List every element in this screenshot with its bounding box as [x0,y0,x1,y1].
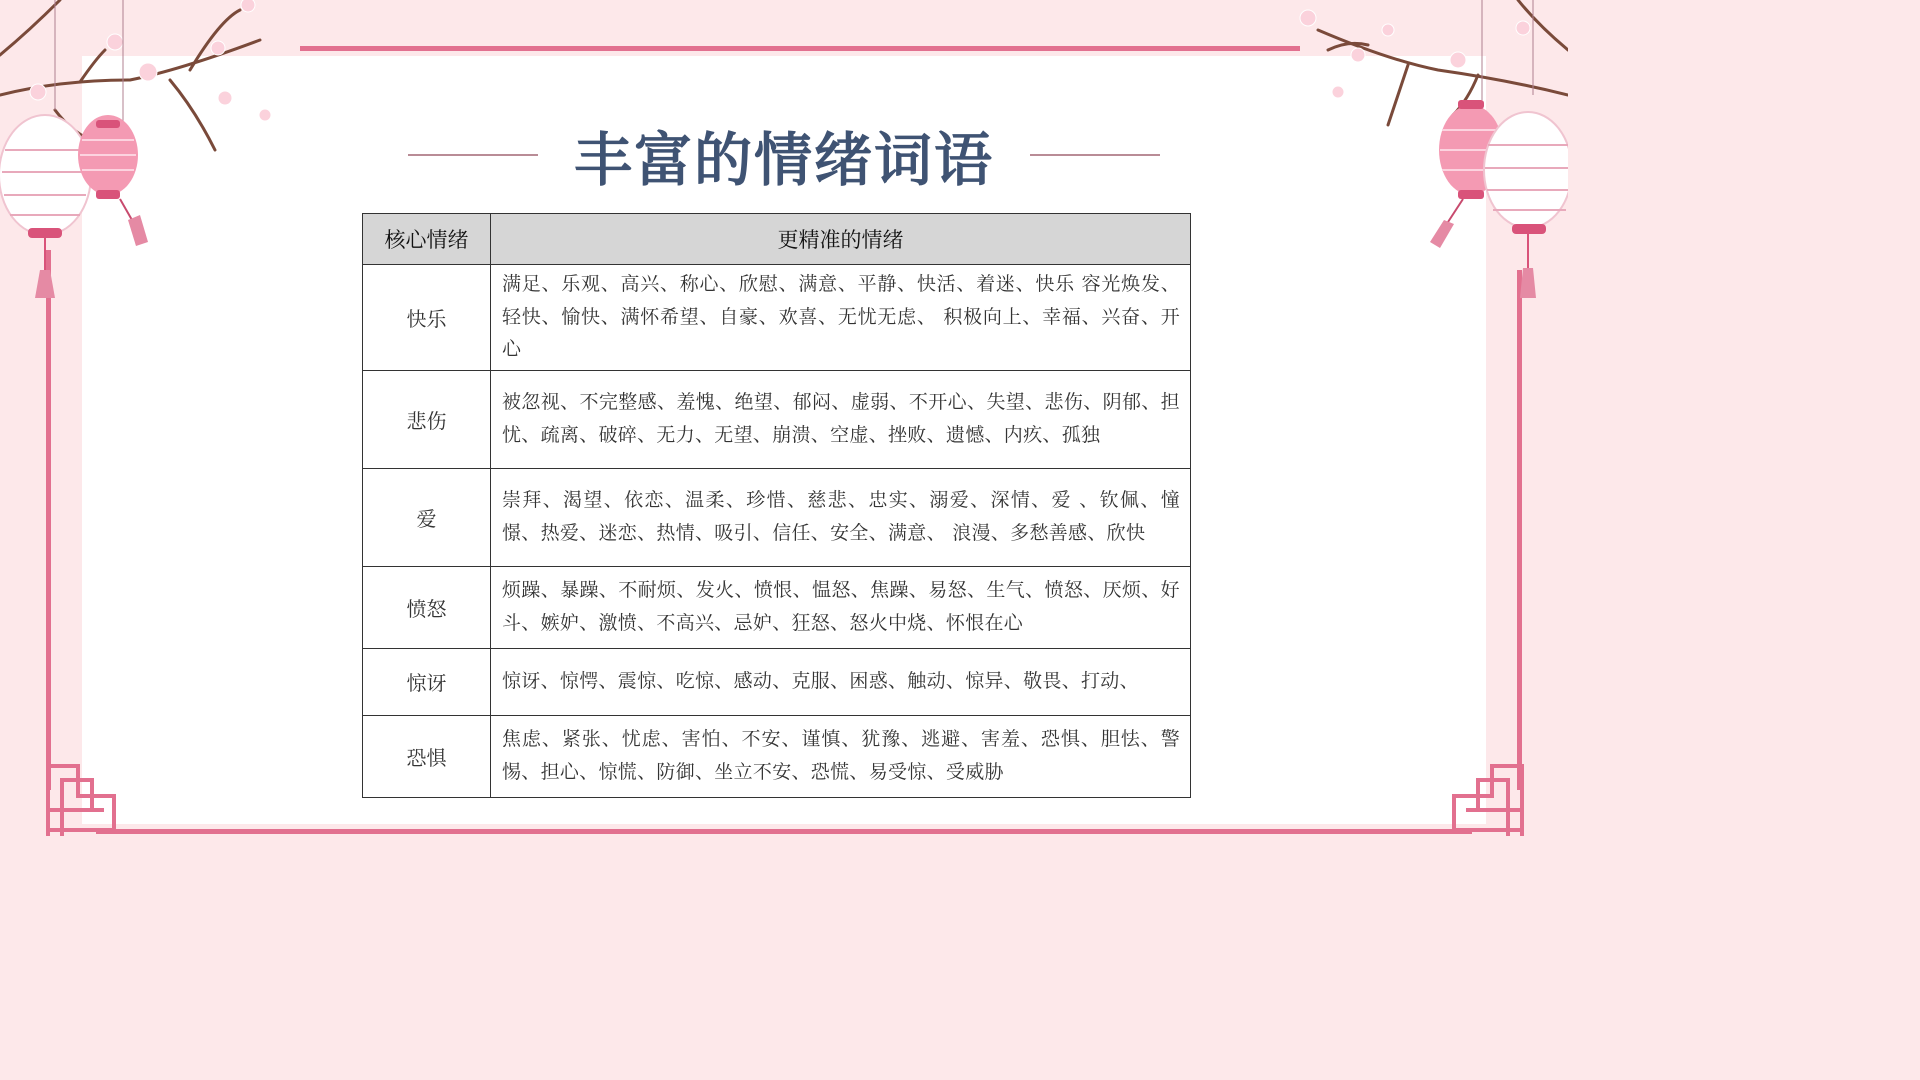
chinese-knot-icon [1448,760,1528,840]
chinese-knot-icon [44,760,120,840]
precise-emotions-cell: 烦躁、暴躁、不耐烦、发火、愤恨、愠怒、焦躁、易怒、生气、愤怒、厌烦、好斗、嫉妒、… [491,566,1191,648]
core-emotion-cell: 惊讶 [363,648,491,715]
precise-emotions-cell: 崇拜、渴望、依恋、温柔、珍惜、慈悲、忠实、溺爱、深情、爱 、钦佩、憧憬、热爱、迷… [491,468,1191,566]
core-emotion-cell: 恐惧 [363,715,491,797]
header-precise-emotion: 更精准的情绪 [491,214,1191,265]
table-row: 惊讶 惊讶、惊愕、震惊、吃惊、感动、克服、困惑、触动、惊异、敬畏、打动、 [363,648,1191,715]
table-row: 悲伤 被忽视、不完整感、羞愧、绝望、郁闷、虚弱、不开心、失望、悲伤、阴郁、担忧、… [363,370,1191,468]
table-header-row: 核心情绪 更精准的情绪 [363,214,1191,265]
core-emotion-cell: 快乐 [363,265,491,371]
page-title: 丰富的情绪词语 [574,113,994,197]
table-row: 恐惧 焦虑、紧张、忧虑、害怕、不安、谨慎、犹豫、逃避、害羞、恐惧、胆怯、警惕、担… [363,715,1191,797]
header-core-emotion: 核心情绪 [363,214,491,265]
table-row: 快乐 满足、乐观、高兴、称心、欣慰、满意、平静、快活、着迷、快乐 容光焕发、轻快… [363,265,1191,371]
core-emotion-cell: 愤怒 [363,566,491,648]
core-emotion-cell: 悲伤 [363,370,491,468]
frame-bottom-border [96,829,1472,834]
frame-right-border [1517,270,1522,790]
precise-emotions-cell: 被忽视、不完整感、羞愧、绝望、郁闷、虚弱、不开心、失望、悲伤、阴郁、担忧、疏离、… [491,370,1191,468]
precise-emotions-cell: 满足、乐观、高兴、称心、欣慰、满意、平静、快活、着迷、快乐 容光焕发、轻快、愉快… [491,265,1191,371]
title-rule-right [1030,154,1160,156]
precise-emotions-cell: 焦虑、紧张、忧虑、害怕、不安、谨慎、犹豫、逃避、害羞、恐惧、胆怯、警惕、担心、惊… [491,715,1191,797]
title-rule-left [408,154,538,156]
table-row: 爱 崇拜、渴望、依恋、温柔、珍惜、慈悲、忠实、溺爱、深情、爱 、钦佩、憧憬、热爱… [363,468,1191,566]
frame-top-border [268,46,1300,51]
title-area: 丰富的情绪词语 [0,115,1568,195]
precise-emotions-cell: 惊讶、惊愕、震惊、吃惊、感动、克服、困惑、触动、惊异、敬畏、打动、 [491,648,1191,715]
frame-left-border [46,250,51,790]
core-emotion-cell: 爱 [363,468,491,566]
emotion-words-table: 核心情绪 更精准的情绪 快乐 满足、乐观、高兴、称心、欣慰、满意、平静、快活、着… [362,213,1191,798]
table-row: 愤怒 烦躁、暴躁、不耐烦、发火、愤恨、愠怒、焦躁、易怒、生气、愤怒、厌烦、好斗、… [363,566,1191,648]
